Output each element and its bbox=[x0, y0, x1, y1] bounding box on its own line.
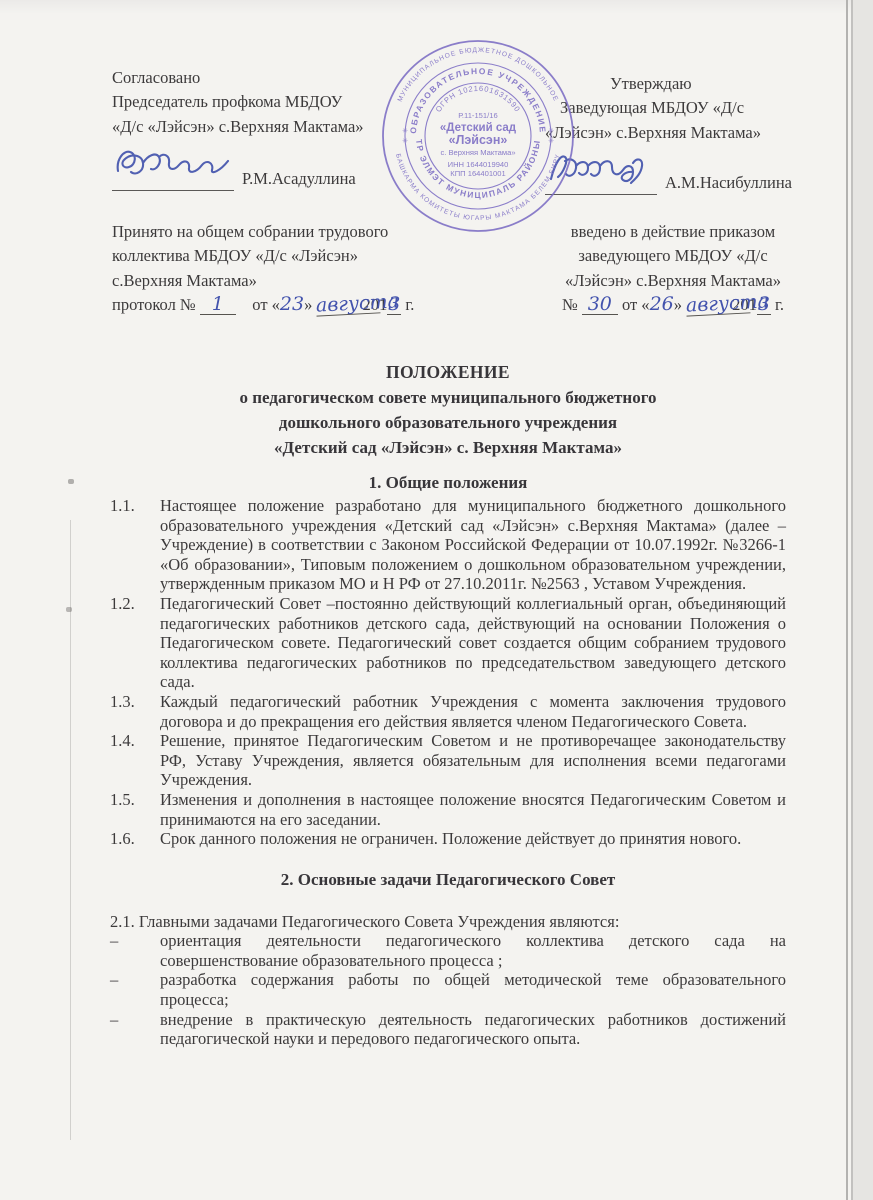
protocol-line: протокол № 1 от «23» августа2013 г. bbox=[112, 293, 472, 317]
asadullina-signature-icon bbox=[112, 143, 234, 183]
seal-star-icon: ✳ bbox=[548, 127, 554, 135]
paper-speck bbox=[66, 607, 72, 612]
title-line3: дошкольного образовательного учреждения bbox=[110, 410, 786, 435]
signature-line bbox=[112, 143, 234, 191]
dash-marker: – bbox=[110, 1010, 160, 1049]
month-handwritten: августа bbox=[686, 293, 751, 316]
item-number: 1.3. bbox=[110, 692, 160, 731]
approval-left-line2: Председатель профкома МБДОУ bbox=[112, 90, 422, 114]
list-item: 1.2. Педагогический Совет –постоянно дей… bbox=[110, 594, 786, 692]
order-line3: «Лэйсэн» с.Верхняя Мактама» bbox=[508, 269, 838, 293]
order-no-label: № bbox=[562, 295, 578, 314]
section2-bullets: – ориентация деятельности педагогическог… bbox=[110, 931, 786, 1049]
approval-right-line3: «Лэйсэн» с.Верхняя Мактама» bbox=[545, 121, 835, 145]
seal-reg-no: Р.11-151/16 bbox=[458, 111, 497, 120]
scan-edge-line bbox=[846, 0, 848, 1200]
order-line2: заведующего МБДОУ «Д/с bbox=[508, 244, 838, 268]
seal-org-line2: «Лэйсэн» bbox=[449, 133, 508, 147]
approval-right-title: Утверждаю bbox=[545, 72, 835, 96]
seal-org-line3: с. Верхняя Мактама» bbox=[440, 148, 515, 157]
item-number: 1.6. bbox=[110, 829, 160, 849]
item-text: Педагогический Совет –постоянно действую… bbox=[160, 594, 786, 692]
approval-left-signer: Р.М.Асадуллина bbox=[242, 167, 356, 191]
order-block: введено в действие приказом заведующего … bbox=[508, 220, 838, 317]
bullet-text: внедрение в практическую деятельность пе… bbox=[160, 1010, 786, 1049]
bullet-text: разработка содержания работы по общей ме… bbox=[160, 970, 786, 1009]
approval-left-title: Согласовано bbox=[112, 66, 422, 90]
list-item: – ориентация деятельности педагогическог… bbox=[110, 931, 786, 970]
dash-marker: – bbox=[110, 931, 160, 970]
adopted-block: Принято на общем собрании трудового колл… bbox=[112, 220, 472, 317]
list-item: 1.3. Каждый педагогический работник Учре… bbox=[110, 692, 786, 731]
list-item: 1.5. Изменения и дополнения в настоящее … bbox=[110, 790, 786, 829]
from-label: от « bbox=[252, 295, 280, 314]
section1-heading: 1. Общие положения bbox=[110, 473, 786, 493]
approval-block-right: Утверждаю Заведующая МБДОУ «Д/с «Лэйсэн»… bbox=[545, 72, 835, 195]
protocol-number-handwritten: 1 bbox=[200, 295, 236, 315]
seal-star-icon: ✳ bbox=[402, 127, 408, 135]
adopted-line3: с.Верхняя Мактама» bbox=[112, 269, 472, 293]
approval-left-line3: «Д/с «Лэйсэн» с.Верхняя Мактама» bbox=[112, 115, 422, 139]
seal-star-icon: ✳ bbox=[402, 137, 408, 145]
paper-crease bbox=[70, 520, 71, 1140]
protocol-label: протокол № bbox=[112, 295, 196, 314]
document-title: ПОЛОЖЕНИЕ о педагогическом совете муници… bbox=[110, 360, 786, 460]
item-text: Каждый педагогический работник Учреждени… bbox=[160, 692, 786, 731]
scanned-document-page: Согласовано Председатель профкома МБДОУ … bbox=[0, 0, 873, 1200]
seal-kpp: КПП 164401001 bbox=[450, 169, 505, 178]
quote-close: » bbox=[304, 295, 312, 314]
quote-close: » bbox=[674, 295, 682, 314]
list-item: – разработка содержания работы по общей … bbox=[110, 970, 786, 1009]
seal-star-icon: ✳ bbox=[548, 137, 554, 145]
list-item: – внедрение в практическую деятельность … bbox=[110, 1010, 786, 1049]
item-number: 1.5. bbox=[110, 790, 160, 829]
item-text: Изменения и дополнения в настоящее полож… bbox=[160, 790, 786, 829]
month-handwritten: августа bbox=[316, 293, 381, 316]
day-handwritten: 26 bbox=[650, 293, 674, 315]
document-body: ПОЛОЖЕНИЕ о педагогическом совете муници… bbox=[110, 360, 786, 1049]
seal-ogrn-arc: ОГРН 1021601631590 bbox=[434, 84, 523, 114]
year-suffix: г. bbox=[405, 295, 414, 314]
order-number-line: № 30 от «26» августа2013 г. bbox=[508, 293, 838, 317]
list-item: 1.4. Решение, принятое Педагогическим Со… bbox=[110, 731, 786, 790]
item-text: Настоящее положение разработано для муни… bbox=[160, 496, 786, 594]
item-number: 1.2. bbox=[110, 594, 160, 692]
scan-edge-line bbox=[851, 0, 853, 1200]
approval-right-signer: А.М.Насибуллина bbox=[665, 171, 792, 195]
adopted-line2: коллектива МБДОУ «Д/с «Лэйсэн» bbox=[112, 244, 472, 268]
section2-intro: 2.1. Главными задачами Педагогического С… bbox=[110, 912, 786, 932]
paper-speck bbox=[68, 479, 74, 484]
title-line2: о педагогическом совете муниципального б… bbox=[110, 385, 786, 410]
year-suffix: г. bbox=[775, 295, 784, 314]
approval-block-left: Согласовано Председатель профкома МБДОУ … bbox=[112, 66, 422, 191]
section2-heading: 2. Основные задачи Педагогического Совет bbox=[110, 870, 786, 890]
list-item: 1.6. Срок данного положения не ограничен… bbox=[110, 829, 786, 849]
order-number-handwritten: 30 bbox=[582, 295, 618, 315]
dash-marker: – bbox=[110, 970, 160, 1009]
order-line1: введено в действие приказом bbox=[508, 220, 838, 244]
item-text: Срок данного положения не ограничен. Пол… bbox=[160, 829, 786, 849]
adopted-line1: Принято на общем собрании трудового bbox=[112, 220, 472, 244]
seal-inn: ИНН 1644019940 bbox=[448, 160, 509, 169]
section1-items: 1.1. Настоящее положение разработано для… bbox=[110, 496, 786, 849]
svg-text:ОГРН 1021601631590: ОГРН 1021601631590 bbox=[434, 84, 523, 114]
item-number: 1.1. bbox=[110, 496, 160, 594]
item-number: 1.4. bbox=[110, 731, 160, 790]
approval-right-line2: Заведующая МБДОУ «Д/с bbox=[545, 96, 835, 120]
from-label: от « bbox=[622, 295, 650, 314]
item-text: Решение, принятое Педагогическим Советом… bbox=[160, 731, 786, 790]
day-handwritten: 23 bbox=[280, 293, 304, 315]
title-line4: «Детский сад «Лэйсэн» с. Верхняя Мактама… bbox=[110, 435, 786, 460]
scan-edge-strip bbox=[852, 0, 873, 1200]
bullet-text: ориентация деятельности педагогического … bbox=[160, 931, 786, 970]
official-round-seal: МУНИЦИПАЛЬНОЕ БЮДЖЕТНОЕ ДОШКОЛЬНОЕ БАШКА… bbox=[378, 36, 578, 236]
list-item: 1.1. Настоящее положение разработано для… bbox=[110, 496, 786, 594]
title-line1: ПОЛОЖЕНИЕ bbox=[110, 360, 786, 385]
